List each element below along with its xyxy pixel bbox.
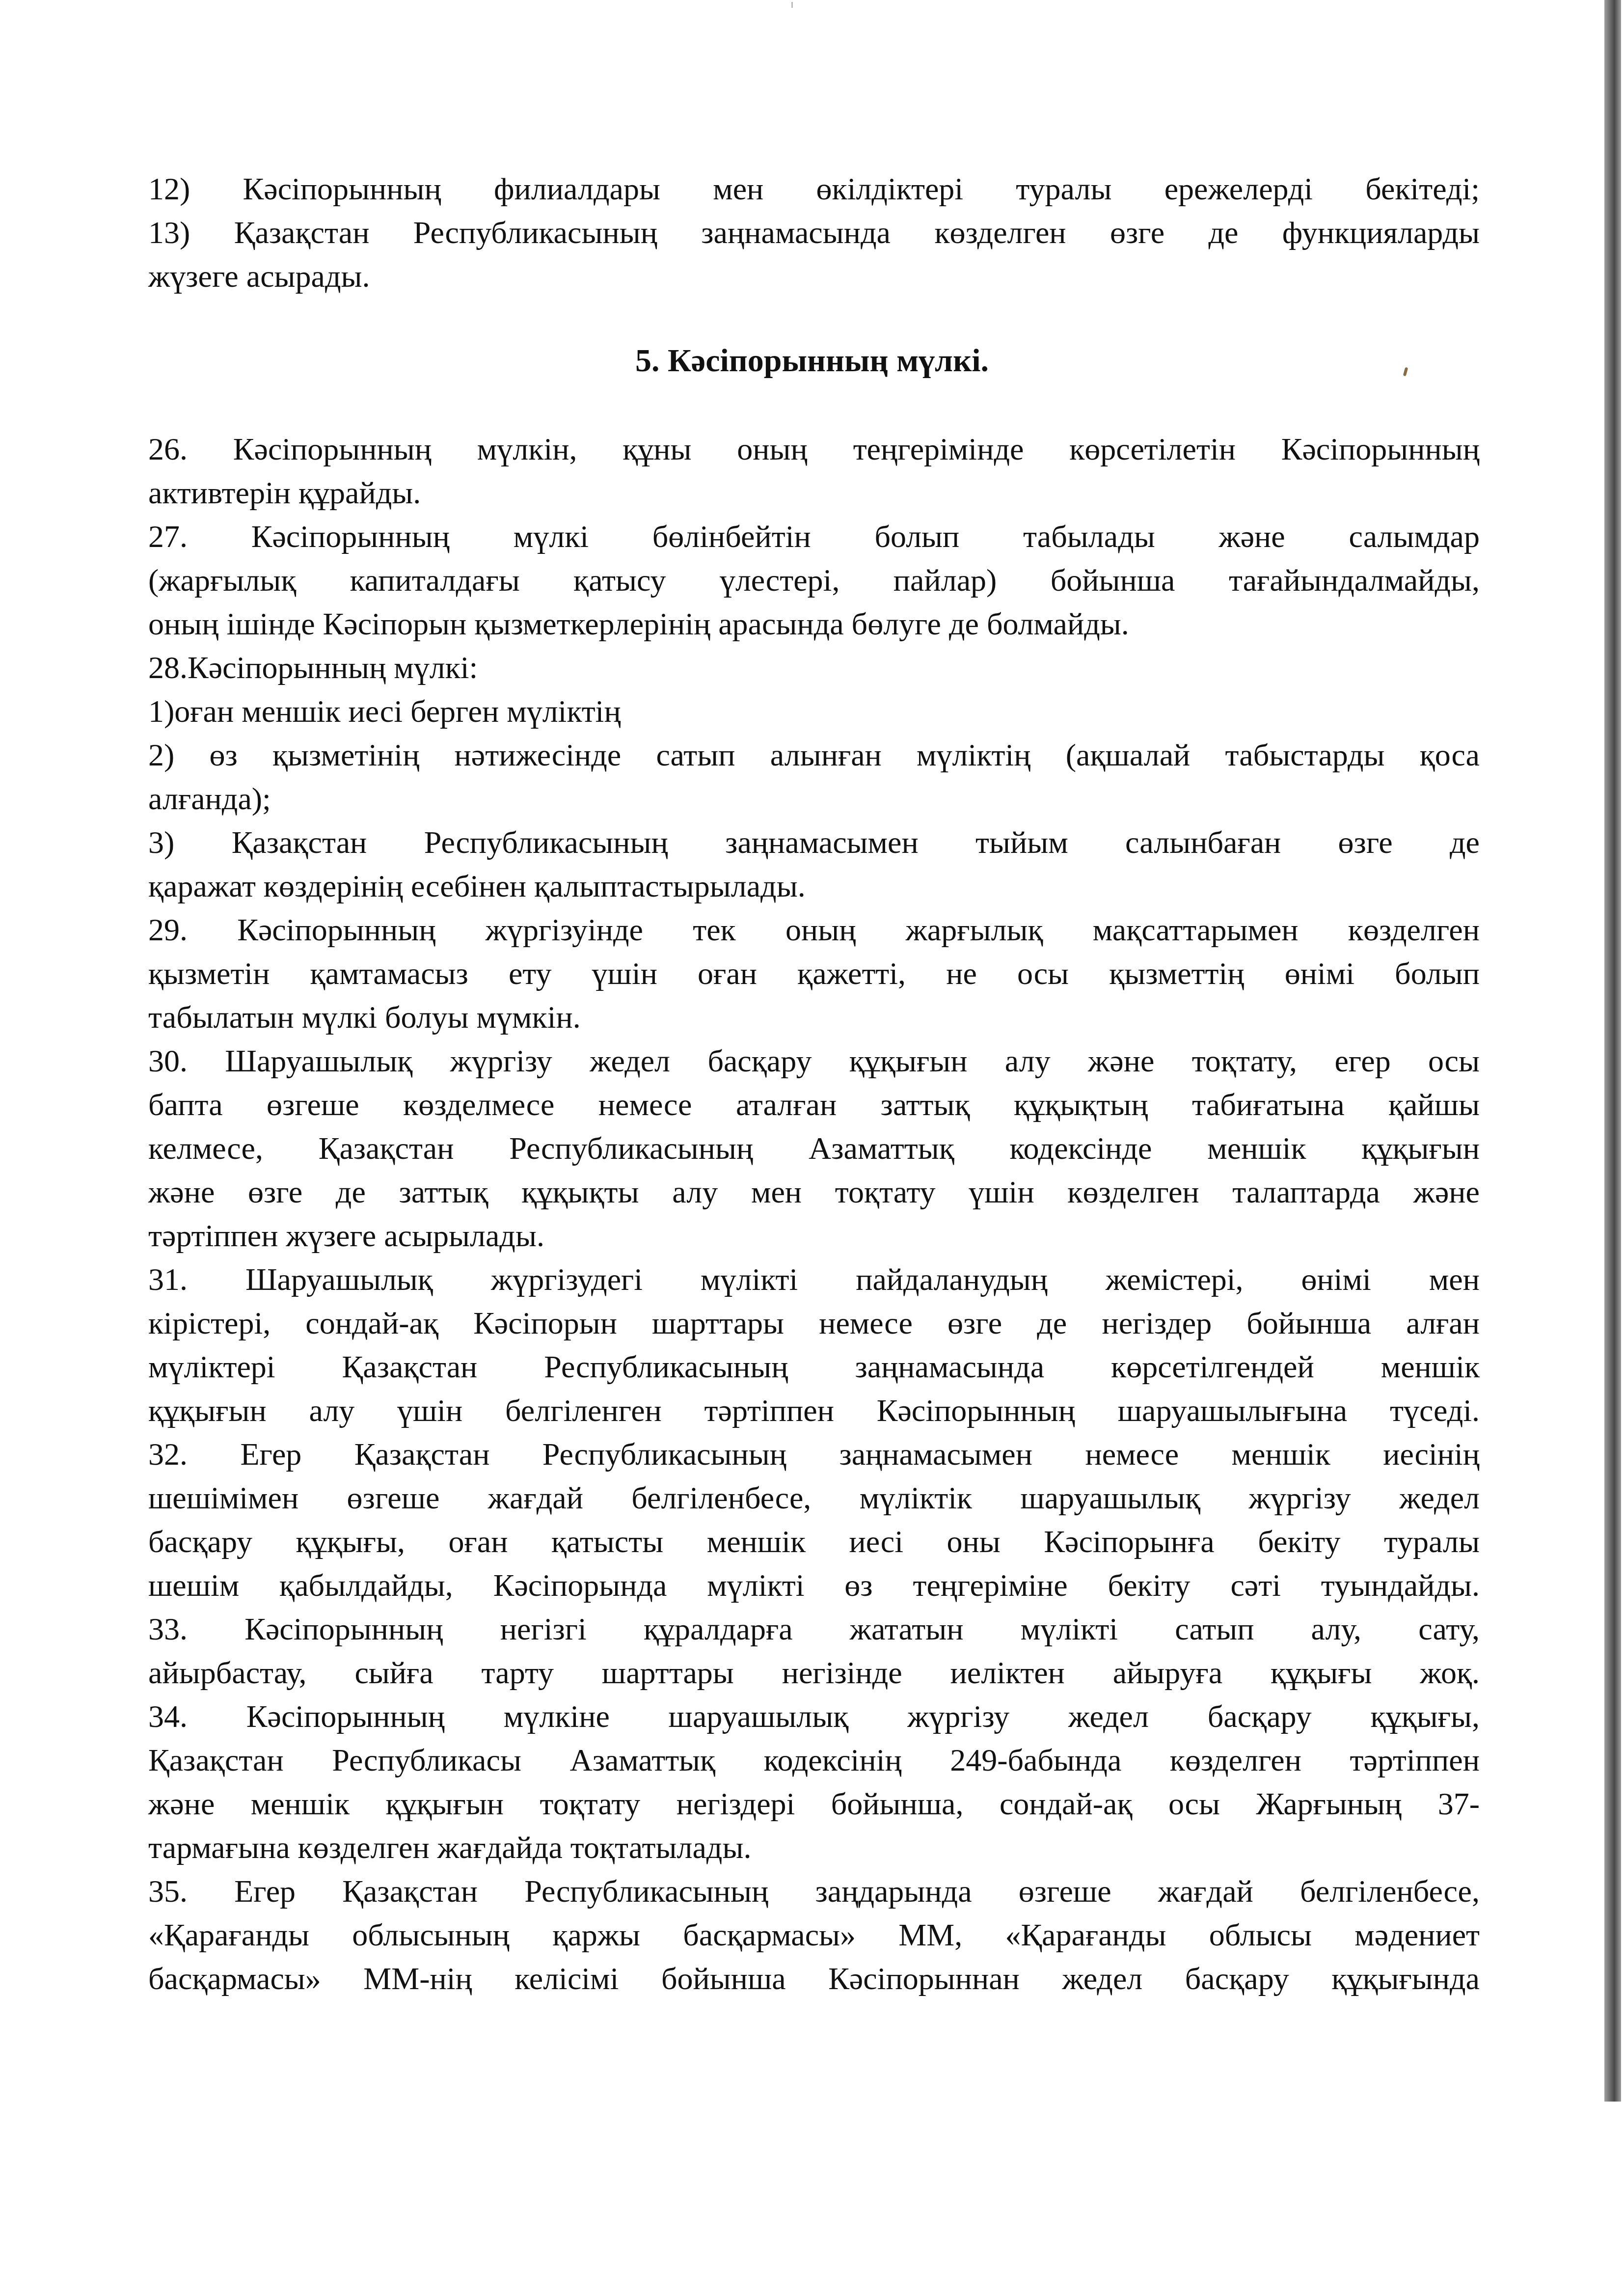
text-line: 27. Кәсіпорынның мүлкі бөлінбейтін болып…	[148, 515, 1480, 558]
section-body: 26. Кәсіпорынның мүлкін, құны оның теңге…	[148, 427, 1480, 2000]
text-line: 3) Қазақстан Республикасының заңнамасыме…	[148, 820, 1480, 864]
text-line: қаражат көздерінің есебінен қалыптастыры…	[148, 864, 1480, 908]
text-line: құқығын алу үшін белгіленген тәртіппен К…	[148, 1389, 1480, 1432]
text-line: 2) өз қызметінің нәтижесінде сатып алынғ…	[148, 733, 1480, 777]
text-line: 33. Кәсіпорынның негізгі құралдарға жата…	[148, 1607, 1480, 1651]
text-line: Қазақстан Республикасы Азаматтық кодексі…	[148, 1738, 1480, 1782]
text-line: жүзеге асырады.	[148, 254, 1480, 298]
document-page: 12) Кәсіпорынның филиалдары мен өкілдікт…	[0, 0, 1624, 2296]
text-line: 35. Егер Қазақстан Республикасының заңда…	[148, 1869, 1480, 1913]
text-line: кірістері, сондай-ақ Кәсіпорын шарттары …	[148, 1301, 1480, 1345]
text-line: 30. Шаруашылық жүргізу жедел басқару құқ…	[148, 1039, 1480, 1083]
text-line: 12) Кәсіпорынның филиалдары мен өкілдікт…	[148, 167, 1480, 211]
text-line: 31. Шаруашылық жүргізудегі мүлікті пайда…	[148, 1257, 1480, 1301]
text-line: 26. Кәсіпорынның мүлкін, құны оның теңге…	[148, 427, 1480, 471]
text-line: оның ішінде Кәсіпорын қызметкерлерінің а…	[148, 602, 1480, 646]
text-line: және өзге де заттық құқықты алу мен тоқт…	[148, 1170, 1480, 1214]
text-line: басқару құқығы, оған қатысты меншік иесі…	[148, 1520, 1480, 1563]
text-line: басқармасы» ММ-нің келісімі бойынша Кәсі…	[148, 1957, 1480, 2000]
text-line: алғанда);	[148, 777, 1480, 820]
text-line: 29. Кәсіпорынның жүргізуінде тек оның жа…	[148, 908, 1480, 952]
scan-edge-shadow	[1604, 0, 1621, 2102]
text-line: (жарғылық капиталдағы қатысу үлестері, п…	[148, 558, 1480, 602]
text-line: келмесе, Қазақстан Республикасының Азама…	[148, 1126, 1480, 1170]
intro-text-block: 12) Кәсіпорынның филиалдары мен өкілдікт…	[148, 167, 1480, 298]
text-line: мүліктері Қазақстан Республикасының заңн…	[148, 1345, 1480, 1389]
text-line: бапта өзгеше көзделмесе немесе аталған з…	[148, 1083, 1480, 1126]
text-line: шешімімен өзгеше жағдай белгіленбесе, мү…	[148, 1476, 1480, 1520]
text-line: айырбастау, сыйға тарту шарттары негізін…	[148, 1651, 1480, 1695]
text-line: 1)оған меншік иесі берген мүліктің	[148, 689, 1480, 733]
text-line: «Қарағанды облысының қаржы басқармасы» М…	[148, 1913, 1480, 1957]
section-title: 5. Кәсіпорынның мүлкі.	[0, 339, 1624, 383]
text-line: 32. Егер Қазақстан Республикасының заңна…	[148, 1432, 1480, 1476]
text-line: 13) Қазақстан Республикасының заңнамасын…	[148, 211, 1480, 254]
text-line: 34. Кәсіпорынның мүлкіне шаруашылық жүрг…	[148, 1695, 1480, 1738]
text-line: шешім қабылдайды, Кәсіпорында мүлікті өз…	[148, 1563, 1480, 1607]
text-line: активтерін құрайды.	[148, 471, 1480, 515]
text-line: 28.Кәсіпорынның мүлкі:	[148, 646, 1480, 689]
text-line: және меншік құқығын тоқтату негіздері бо…	[148, 1782, 1480, 1826]
text-line: тәртіппен жүзеге асырылады.	[148, 1214, 1480, 1257]
scan-speck	[791, 2, 793, 8]
text-line: қызметін қамтамасыз ету үшін оған қажетт…	[148, 952, 1480, 995]
text-line: табылатын мүлкі болуы мүмкін.	[148, 995, 1480, 1039]
text-line: тармағына көзделген жағдайда тоқтатылады…	[148, 1826, 1480, 1869]
